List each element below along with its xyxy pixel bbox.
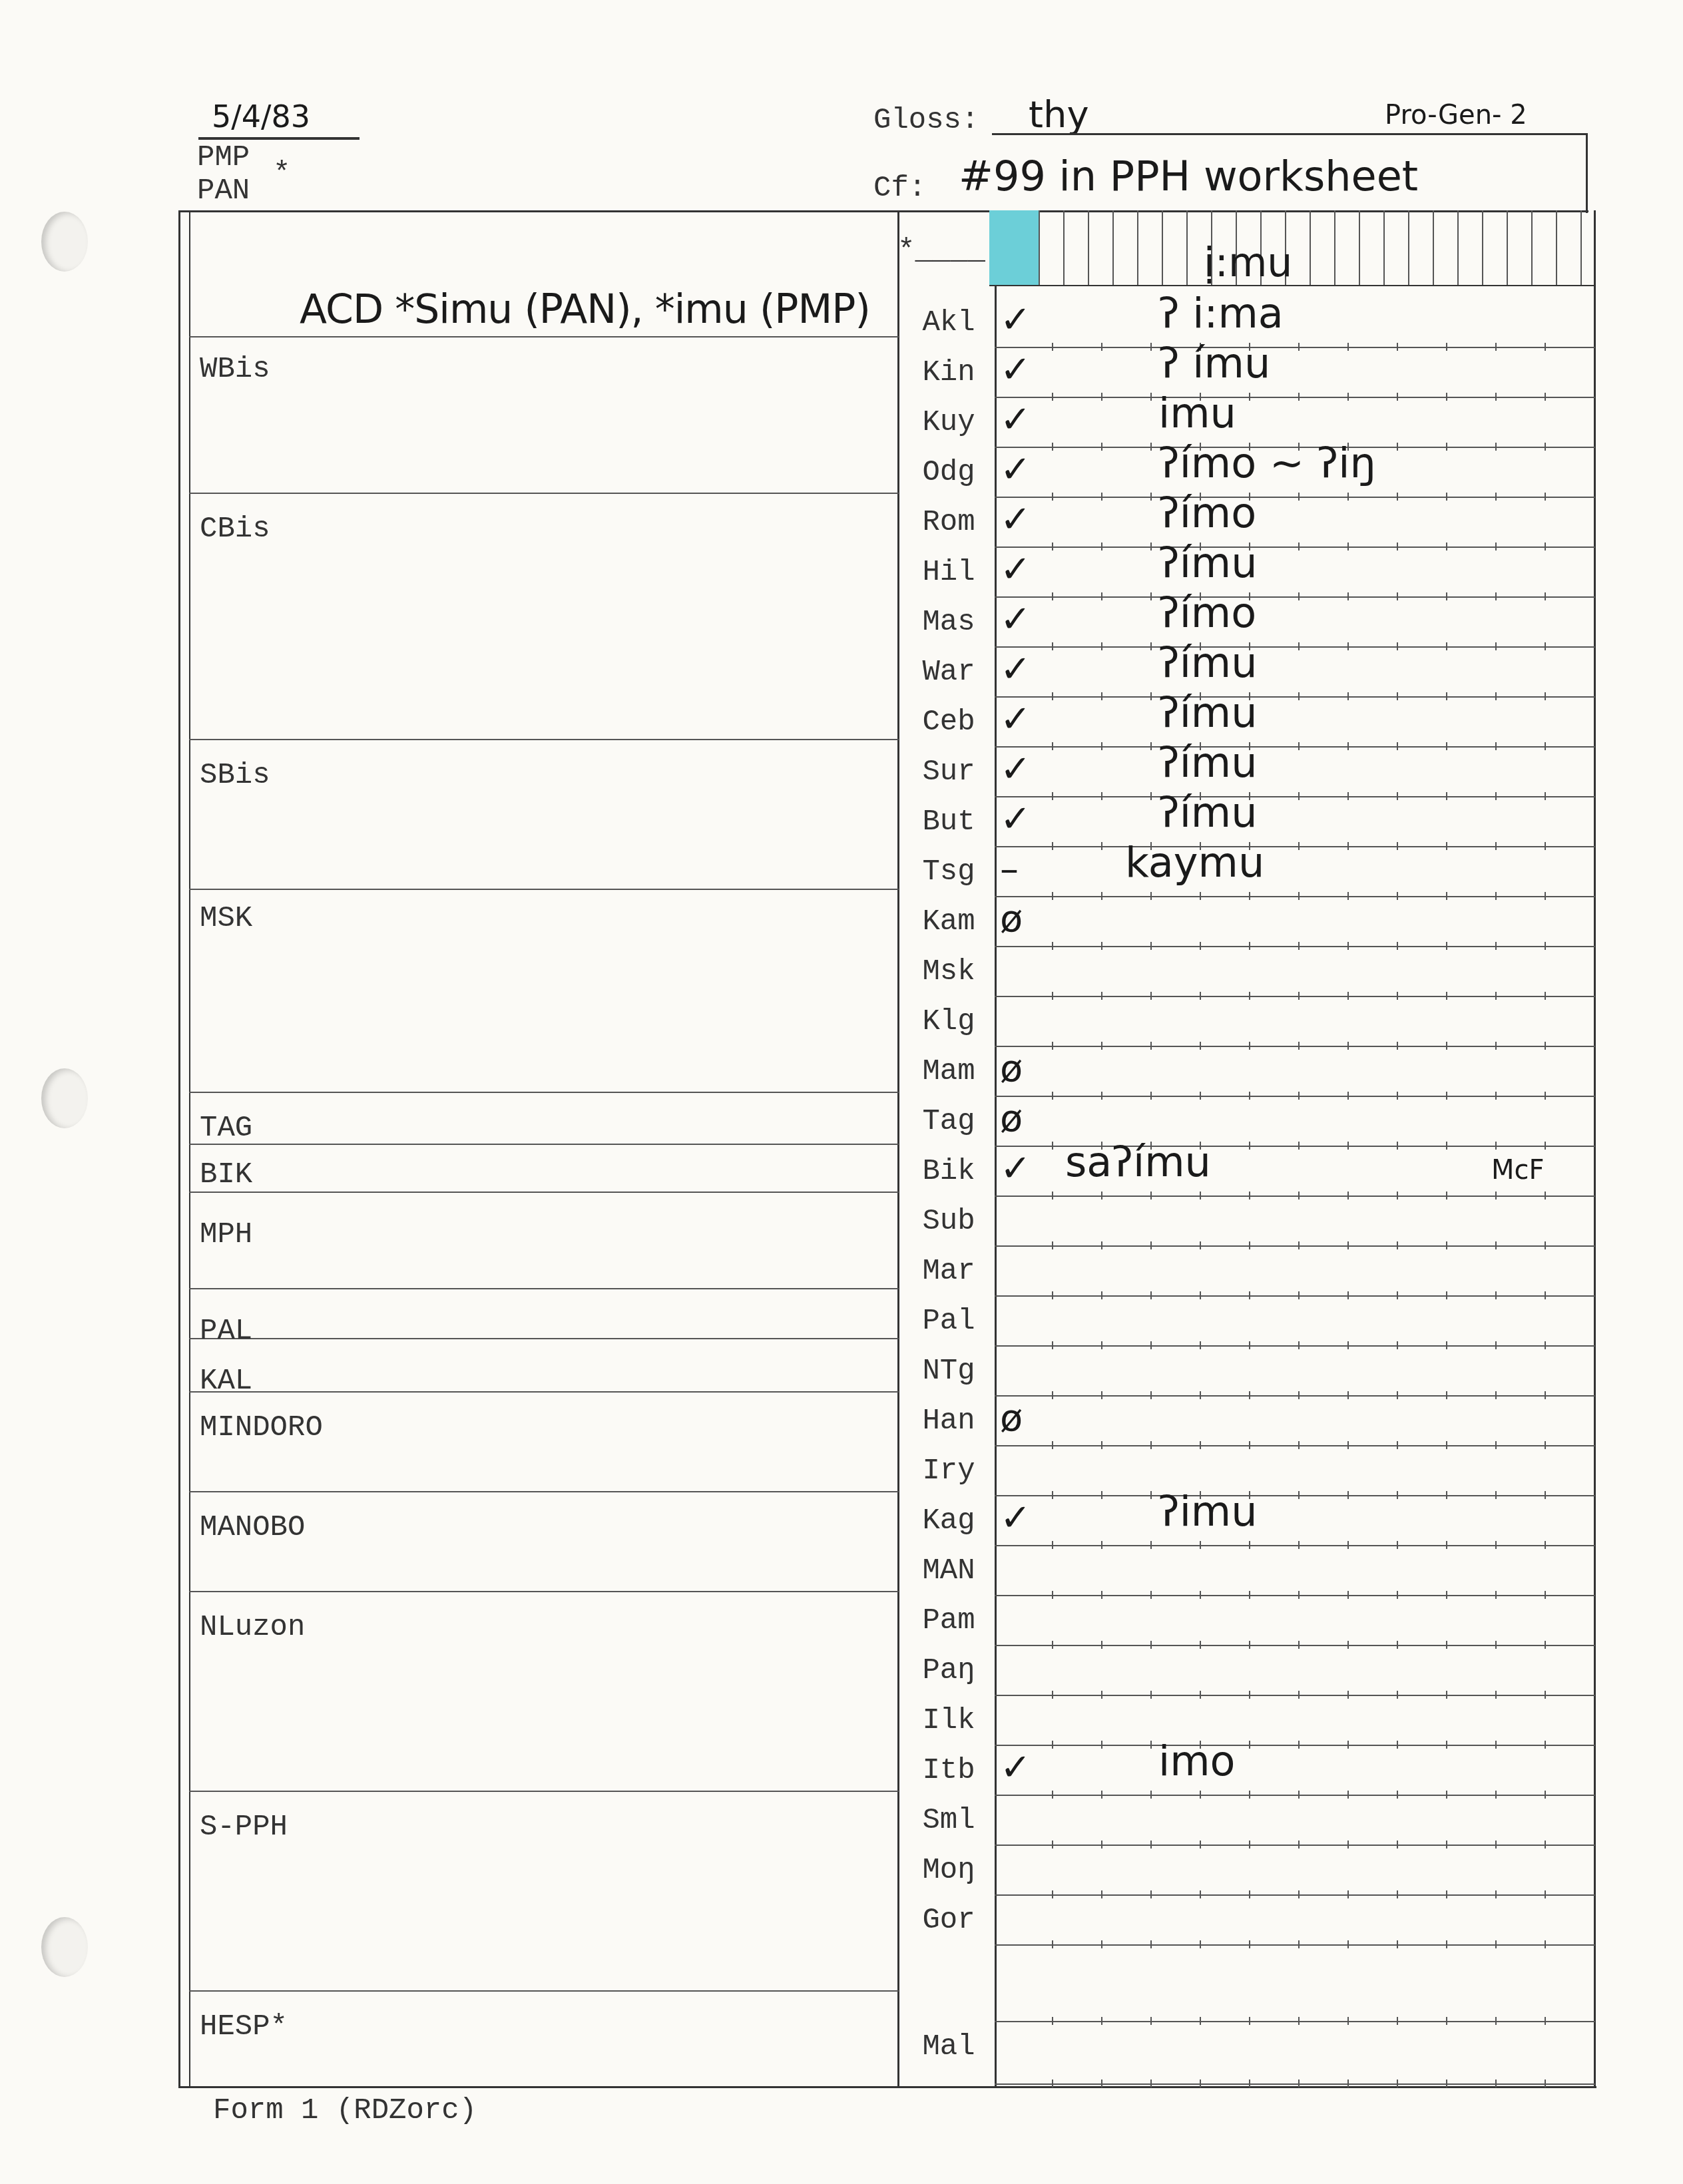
- grid-tick: [1052, 1541, 1053, 1549]
- grid-tick: [1052, 742, 1053, 750]
- grid-tick: [1150, 792, 1152, 800]
- grid-tick: [1249, 1890, 1250, 1898]
- source-note: McF: [1491, 1155, 1545, 1186]
- row-line: [995, 1645, 1595, 1646]
- grid-tick: [1446, 642, 1447, 650]
- grid-tick: [1249, 393, 1250, 401]
- group-separator: [189, 1491, 899, 1492]
- grid-tick: [1347, 1791, 1349, 1799]
- grid-cell-divider: [1088, 210, 1089, 285]
- group-label: MPH: [200, 1218, 252, 1251]
- grid-tick: [1397, 792, 1398, 800]
- gloss-underline: [992, 133, 1586, 135]
- grid-tick: [1397, 1841, 1398, 1849]
- grid-tick: [1052, 1291, 1053, 1299]
- grid-tick: [1298, 1691, 1300, 1699]
- grid-tick: [1347, 1890, 1349, 1898]
- grid-tick: [1150, 1441, 1152, 1449]
- grid-tick: [1347, 842, 1349, 850]
- grid-tick: [1495, 1341, 1497, 1349]
- grid-tick: [1397, 2079, 1398, 2087]
- grid-cell-divider: [1334, 210, 1335, 285]
- group-label: MSK: [200, 902, 252, 935]
- grid-tick: [1249, 1541, 1250, 1549]
- grid-tick: [1495, 642, 1497, 650]
- row-line: [995, 1096, 1595, 1097]
- grid-tick: [1150, 2079, 1152, 2087]
- grid-tick: [1397, 1192, 1398, 1200]
- grid-tick: [1150, 543, 1152, 550]
- row-line: [995, 1295, 1595, 1297]
- group-separator: [189, 1791, 899, 1792]
- grid-tick: [1298, 1890, 1300, 1898]
- language-code: Sub: [905, 1205, 992, 1238]
- grid-tick: [1249, 1341, 1250, 1349]
- grid-tick: [1397, 1591, 1398, 1599]
- grid-tick: [1347, 393, 1349, 401]
- frame-divider-1: [897, 210, 899, 2087]
- grid-tick: [1249, 942, 1250, 950]
- grid-tick: [1446, 1241, 1447, 1249]
- grid-tick: [1495, 1142, 1497, 1150]
- grid-tick: [1200, 1441, 1201, 1449]
- grid-tick: [1397, 1441, 1398, 1449]
- grid-tick: [1347, 1142, 1349, 1150]
- grid-tick: [1397, 1890, 1398, 1898]
- grid-tick: [1545, 842, 1546, 850]
- grid-tick: [1545, 1441, 1546, 1449]
- language-code: Moŋ: [905, 1854, 992, 1887]
- grid-tick: [1545, 1940, 1546, 1948]
- grid-tick: [1495, 1890, 1497, 1898]
- grid-tick: [1150, 1042, 1152, 1050]
- language-code: Sur: [905, 756, 992, 789]
- grid-tick: [1150, 1741, 1152, 1749]
- grid-tick: [1298, 1341, 1300, 1349]
- row-line: [995, 1245, 1595, 1247]
- status-mark: ✓: [1000, 298, 1031, 341]
- grid-tick: [1495, 692, 1497, 700]
- grid-cell-divider: [1162, 210, 1163, 285]
- grid-tick: [1052, 443, 1053, 451]
- grid-tick: [1446, 2017, 1447, 2025]
- grid-cell-divider: [1063, 210, 1065, 285]
- grid-tick: [1101, 1541, 1102, 1549]
- status-mark: ✓: [1000, 1147, 1031, 1190]
- grid-tick: [1298, 892, 1300, 900]
- grid-tick: [1101, 642, 1102, 650]
- grid-tick: [1545, 443, 1546, 451]
- grid-tick: [1101, 892, 1102, 900]
- pan-star: *: [273, 157, 290, 190]
- grid-tick: [1101, 1741, 1102, 1749]
- grid-tick: [1150, 592, 1152, 600]
- grid-tick: [1101, 1042, 1102, 1050]
- grid-cell-divider: [1112, 210, 1114, 285]
- grid-tick: [1052, 543, 1053, 550]
- grid-tick: [1052, 642, 1053, 650]
- grid-tick: [1150, 992, 1152, 1000]
- grid-tick: [1052, 1641, 1053, 1649]
- grid-tick: [1545, 2017, 1546, 2025]
- grid-cell-divider: [1457, 210, 1459, 285]
- grid-tick: [1545, 992, 1546, 1000]
- language-code: Pal: [905, 1305, 992, 1338]
- grid-tick: [1347, 1042, 1349, 1050]
- reflex-form: ʔímo: [1158, 489, 1256, 537]
- frame-left-outer: [178, 210, 180, 2087]
- grid-tick: [1249, 1791, 1250, 1799]
- grid-tick: [1249, 1691, 1250, 1699]
- grid-tick: [1495, 543, 1497, 550]
- grid-tick: [1052, 1092, 1053, 1100]
- status-mark: ✓: [1000, 748, 1031, 791]
- grid-tick: [1101, 1890, 1102, 1898]
- grid-tick: [1052, 1241, 1053, 1249]
- grid-tick: [1101, 443, 1102, 451]
- frame-top: [178, 210, 1588, 212]
- status-mark: ø: [1000, 897, 1023, 941]
- reflex-form: ʔímu: [1158, 638, 1258, 687]
- grid-tick: [1249, 992, 1250, 1000]
- punch-hole: [41, 1068, 88, 1128]
- grid-tick: [1545, 1691, 1546, 1699]
- grid-tick: [1495, 942, 1497, 950]
- grid-cell-divider: [1383, 210, 1385, 285]
- grid-tick: [1298, 1741, 1300, 1749]
- grid-tick: [1397, 592, 1398, 600]
- grid-tick: [1298, 992, 1300, 1000]
- grid-tick: [1446, 592, 1447, 600]
- grid-tick: [1200, 2079, 1201, 2087]
- grid-tick: [1347, 1341, 1349, 1349]
- reflex-form: kaymu: [1125, 838, 1264, 887]
- status-mark: ✓: [1000, 348, 1031, 391]
- grid-tick: [1446, 1841, 1447, 1849]
- grid-tick: [1052, 1192, 1053, 1200]
- grid-tick: [1397, 742, 1398, 750]
- grid-tick: [1298, 493, 1300, 501]
- grid-tick: [1495, 742, 1497, 750]
- grid-tick: [1052, 493, 1053, 501]
- grid-tick: [1446, 742, 1447, 750]
- grid-tick: [1052, 842, 1053, 850]
- grid-tick: [1150, 1241, 1152, 1249]
- grid-tick: [1298, 1940, 1300, 1948]
- language-code: Mam: [905, 1055, 992, 1088]
- grid-tick: [1347, 992, 1349, 1000]
- language-code: NTg: [905, 1355, 992, 1388]
- date: 5/4/83: [212, 99, 310, 134]
- grid-tick: [1397, 1241, 1398, 1249]
- grid-tick: [1150, 1491, 1152, 1499]
- status-mark: –: [1000, 847, 1019, 891]
- row-line: [995, 1345, 1595, 1347]
- grid-tick: [1150, 1791, 1152, 1799]
- grid-tick: [1397, 493, 1398, 501]
- grid-tick: [1545, 493, 1546, 501]
- grid-tick: [1101, 1641, 1102, 1649]
- grid-cell-divider: [1507, 210, 1508, 285]
- row-line: [995, 796, 1595, 797]
- grid-tick: [1545, 1491, 1546, 1499]
- grid-tick: [1446, 842, 1447, 850]
- grid-tick: [1150, 1691, 1152, 1699]
- language-code: Kam: [905, 905, 992, 939]
- grid-tick: [1150, 443, 1152, 451]
- grid-tick: [1249, 1042, 1250, 1050]
- group-separator: [189, 336, 899, 337]
- group-separator: [189, 1192, 899, 1193]
- grid-tick: [1101, 942, 1102, 950]
- reflex-form: ʔímu: [1158, 788, 1258, 837]
- grid-tick: [1545, 1391, 1546, 1399]
- grid-tick: [1446, 1491, 1447, 1499]
- grid-tick: [1347, 543, 1349, 550]
- grid-tick: [1200, 1691, 1201, 1699]
- gloss-value: thy: [1029, 93, 1089, 136]
- grid-tick: [1545, 1291, 1546, 1299]
- grid-tick: [1298, 642, 1300, 650]
- grid-tick: [1397, 1641, 1398, 1649]
- grid-tick: [1101, 1391, 1102, 1399]
- grid-tick: [1545, 393, 1546, 401]
- group-label: TAG: [200, 1112, 252, 1145]
- grid-tick: [1052, 1391, 1053, 1399]
- reflex-form: ʔímo: [1158, 588, 1256, 637]
- grid-tick: [1545, 642, 1546, 650]
- grid-tick: [1150, 742, 1152, 750]
- grid-tick: [1200, 1291, 1201, 1299]
- language-code: Hil: [905, 556, 992, 589]
- grid-tick: [1150, 892, 1152, 900]
- grid-tick: [1347, 1391, 1349, 1399]
- status-mark: ✓: [1000, 648, 1031, 691]
- grid-tick: [1200, 1641, 1201, 1649]
- group-label: BIK: [200, 1158, 252, 1192]
- grid-tick: [1495, 493, 1497, 501]
- grid-tick: [1347, 892, 1349, 900]
- grid-tick: [1101, 592, 1102, 600]
- grid-tick: [1446, 1192, 1447, 1200]
- frame-right: [1594, 210, 1596, 2087]
- status-mark: ✓: [1000, 1746, 1031, 1789]
- reflex-form: ʔimu: [1158, 1487, 1258, 1536]
- status-mark: ✓: [1000, 448, 1031, 491]
- grid-tick: [1101, 1441, 1102, 1449]
- row-line: [995, 846, 1595, 847]
- punch-hole: [41, 1917, 88, 1977]
- grid-tick: [1298, 842, 1300, 850]
- grid-tick: [1249, 1591, 1250, 1599]
- reflex-form: ʔímo ~ ʔiŋ: [1158, 439, 1376, 487]
- status-mark: ø: [1000, 1397, 1023, 1440]
- grid-tick: [1249, 1741, 1250, 1749]
- group-separator: [189, 1092, 899, 1093]
- row-line: [995, 1495, 1595, 1496]
- grid-tick: [1298, 2017, 1300, 2025]
- grid-tick: [1347, 592, 1349, 600]
- grid-tick: [1545, 1641, 1546, 1649]
- language-code: MAN: [905, 1554, 992, 1588]
- grid-tick: [1052, 792, 1053, 800]
- grid-tick: [1495, 1641, 1497, 1649]
- group-label: KAL: [200, 1365, 252, 1398]
- grid-tick: [1298, 1441, 1300, 1449]
- grid-tick: [1347, 642, 1349, 650]
- row-line: [995, 347, 1595, 348]
- grid-tick: [1446, 1741, 1447, 1749]
- grid-tick: [1150, 642, 1152, 650]
- grid-tick: [1249, 1092, 1250, 1100]
- row-line: [995, 546, 1595, 548]
- grid-tick: [1101, 393, 1102, 401]
- grid-tick: [1446, 1890, 1447, 1898]
- grid-tick: [1298, 2079, 1300, 2087]
- group-separator: [189, 1591, 899, 1592]
- grid-tick: [1446, 543, 1447, 550]
- grid-tick: [1052, 1142, 1053, 1150]
- grid-tick: [1446, 1092, 1447, 1100]
- row-line: [995, 596, 1595, 598]
- grid-tick: [1545, 1092, 1546, 1100]
- grid-tick: [1446, 1341, 1447, 1349]
- grid-tick: [1545, 742, 1546, 750]
- grid-tick: [1495, 1391, 1497, 1399]
- grid-tick: [1200, 1092, 1201, 1100]
- grid-tick: [1052, 343, 1053, 351]
- grid-tick: [1150, 1641, 1152, 1649]
- language-code: Msk: [905, 955, 992, 988]
- group-separator: [189, 1391, 899, 1393]
- grid-tick: [1298, 1591, 1300, 1599]
- status-mark: ✓: [1000, 797, 1031, 841]
- grid-tick: [1545, 1241, 1546, 1249]
- grid-tick: [1397, 1691, 1398, 1699]
- language-code: Sml: [905, 1804, 992, 1837]
- language-code: Ilk: [905, 1704, 992, 1737]
- grid-cell-divider: [1482, 210, 1483, 285]
- grid-tick: [1200, 1541, 1201, 1549]
- grid-tick: [1397, 1042, 1398, 1050]
- grid-tick: [1298, 942, 1300, 950]
- grid-tick: [1101, 842, 1102, 850]
- grid-tick: [1545, 1841, 1546, 1849]
- grid-tick: [1052, 992, 1053, 1000]
- group-separator: [189, 1990, 899, 1992]
- grid-tick: [1545, 1341, 1546, 1349]
- grid-tick: [1052, 1691, 1053, 1699]
- date-underline: [198, 137, 360, 140]
- grid-tick: [1150, 1092, 1152, 1100]
- grid-tick: [1150, 1391, 1152, 1399]
- grid-tick: [1397, 842, 1398, 850]
- grid-tick: [1052, 2079, 1053, 2087]
- grid-tick: [1446, 1291, 1447, 1299]
- group-label: MANOBO: [200, 1511, 305, 1544]
- grid-tick: [1545, 2079, 1546, 2087]
- grid-tick: [1446, 493, 1447, 501]
- grid-tick: [1101, 1841, 1102, 1849]
- top-form: ị:mu: [1204, 240, 1292, 286]
- grid-tick: [1495, 2079, 1497, 2087]
- grid-tick: [1150, 1341, 1152, 1349]
- status-mark: ø: [1000, 1097, 1023, 1140]
- language-code: Pam: [905, 1604, 992, 1638]
- reflex-form: ʔímu: [1158, 738, 1258, 787]
- grid-tick: [1249, 1940, 1250, 1948]
- row-line: [995, 397, 1595, 398]
- status-mark: ✓: [1000, 598, 1031, 641]
- grid-tick: [1150, 1192, 1152, 1200]
- cf-value: #99 in PPH worksheet: [959, 152, 1418, 200]
- grid-tick: [1101, 1192, 1102, 1200]
- row-line: [995, 696, 1595, 698]
- grid-tick: [1545, 792, 1546, 800]
- grid-tick: [1347, 1241, 1349, 1249]
- grid-tick: [1052, 1841, 1053, 1849]
- grid-tick: [1150, 692, 1152, 700]
- grid-tick: [1298, 1391, 1300, 1399]
- grid-tick: [1545, 543, 1546, 550]
- grid-tick: [1347, 792, 1349, 800]
- grid-tick: [1495, 792, 1497, 800]
- group-separator: [189, 493, 899, 494]
- group-label: WBis: [200, 353, 270, 386]
- grid-tick: [1545, 1791, 1546, 1799]
- grid-cell-divider: [1408, 210, 1409, 285]
- group-label: MINDORO: [200, 1411, 323, 1444]
- grid-tick: [1200, 942, 1201, 950]
- grid-tick: [1397, 343, 1398, 351]
- grid-tick: [1101, 792, 1102, 800]
- grid-tick: [1495, 1092, 1497, 1100]
- grid-tick: [1347, 1591, 1349, 1599]
- grid-tick: [1397, 1491, 1398, 1499]
- grid-tick: [1101, 2017, 1102, 2025]
- grid-tick: [1545, 1192, 1546, 1200]
- frame-left-inner: [189, 210, 190, 2087]
- grid-tick: [1545, 592, 1546, 600]
- grid-tick: [1052, 1791, 1053, 1799]
- reflex-form: saʔímu: [1065, 1138, 1211, 1186]
- grid-tick: [1101, 1940, 1102, 1948]
- grid-tick: [1298, 1241, 1300, 1249]
- grid-tick: [1200, 1391, 1201, 1399]
- grid-cell-divider: [1580, 210, 1582, 285]
- reflex-form: imo: [1158, 1737, 1236, 1785]
- grid-tick: [1397, 1092, 1398, 1100]
- grid-tick: [1249, 1241, 1250, 1249]
- grid-tick: [1545, 1741, 1546, 1749]
- grid-tick: [1397, 393, 1398, 401]
- grid-tick: [1101, 493, 1102, 501]
- reflex-form: ʔímu: [1158, 688, 1258, 737]
- grid-tick: [1298, 1791, 1300, 1799]
- grid-cell-divider: [1433, 210, 1434, 285]
- language-code: Kuy: [905, 406, 992, 439]
- grid-tick: [1052, 892, 1053, 900]
- grid-tick: [1545, 1591, 1546, 1599]
- grid-tick: [1397, 1291, 1398, 1299]
- grid-tick: [1545, 1142, 1546, 1150]
- language-code: Kag: [905, 1504, 992, 1538]
- form-label: Form 1 (RDZorc): [213, 2094, 477, 2127]
- grid-tick: [1298, 692, 1300, 700]
- grid-tick: [1446, 343, 1447, 351]
- grid-tick: [1347, 1092, 1349, 1100]
- grid-tick: [1052, 1591, 1053, 1599]
